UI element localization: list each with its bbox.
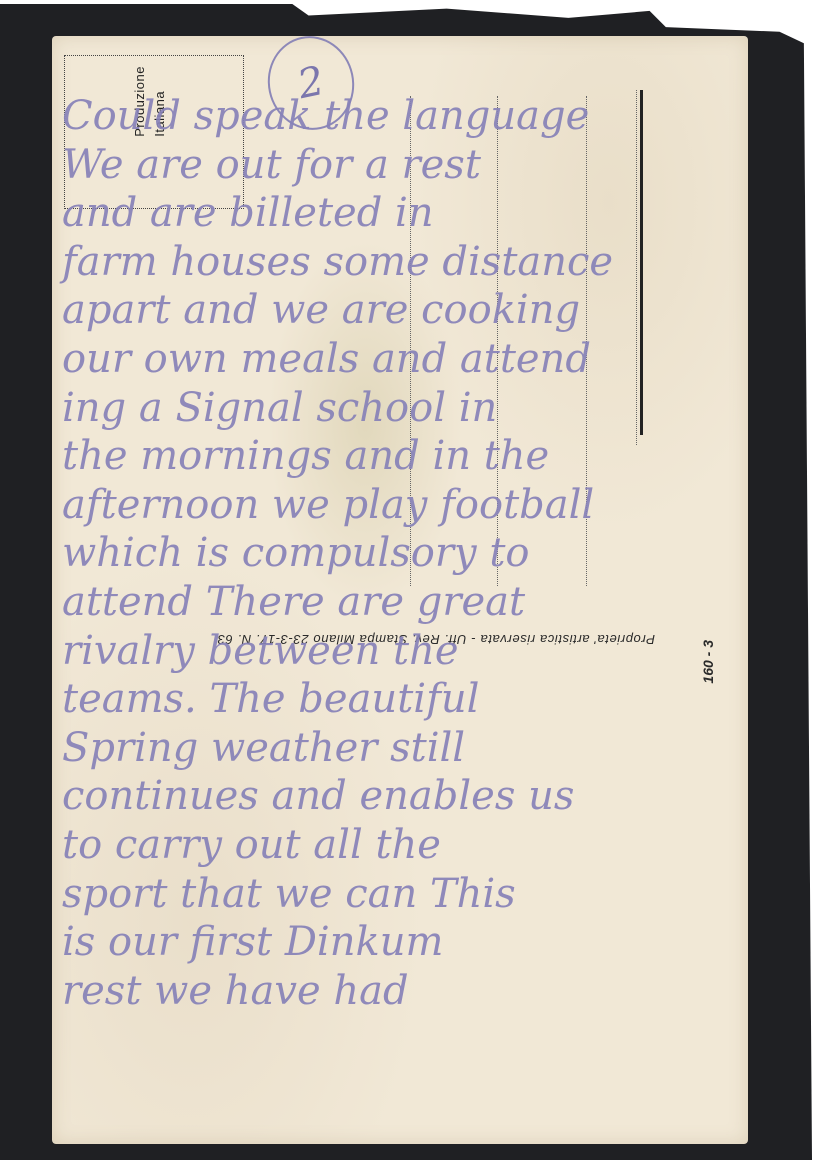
handwriting-line: We are out for a rest [62, 141, 742, 190]
handwriting-line: ing a Signal school in [62, 384, 742, 433]
handwriting-line: teams. The beautiful [62, 675, 742, 724]
handwriting-line: rivalry between the [62, 627, 742, 676]
handwriting-line: and are billeted in [62, 189, 742, 238]
handwriting-line: Could speak the language [62, 92, 742, 141]
handwritten-message: Could speak the language We are out for … [62, 92, 742, 1015]
handwriting-line: Spring weather still [62, 724, 742, 773]
handwriting-line: is our first Dinkum [62, 918, 742, 967]
handwriting-line: attend There are great [62, 578, 742, 627]
handwriting-line: to carry out all the [62, 821, 742, 870]
handwriting-line: apart and we are cooking [62, 286, 742, 335]
handwriting-line: which is compulsory to [62, 529, 742, 578]
handwriting-line: the mornings and in the [62, 432, 742, 481]
handwriting-line: continues and enables us [62, 772, 742, 821]
handwriting-line: farm houses some distance [62, 238, 742, 287]
handwriting-line: rest we have had [62, 967, 742, 1016]
handwriting-line: sport that we can This [62, 870, 742, 919]
handwriting-line: our own meals and attend [62, 335, 742, 384]
handwriting-line: afternoon we play football [62, 481, 742, 530]
